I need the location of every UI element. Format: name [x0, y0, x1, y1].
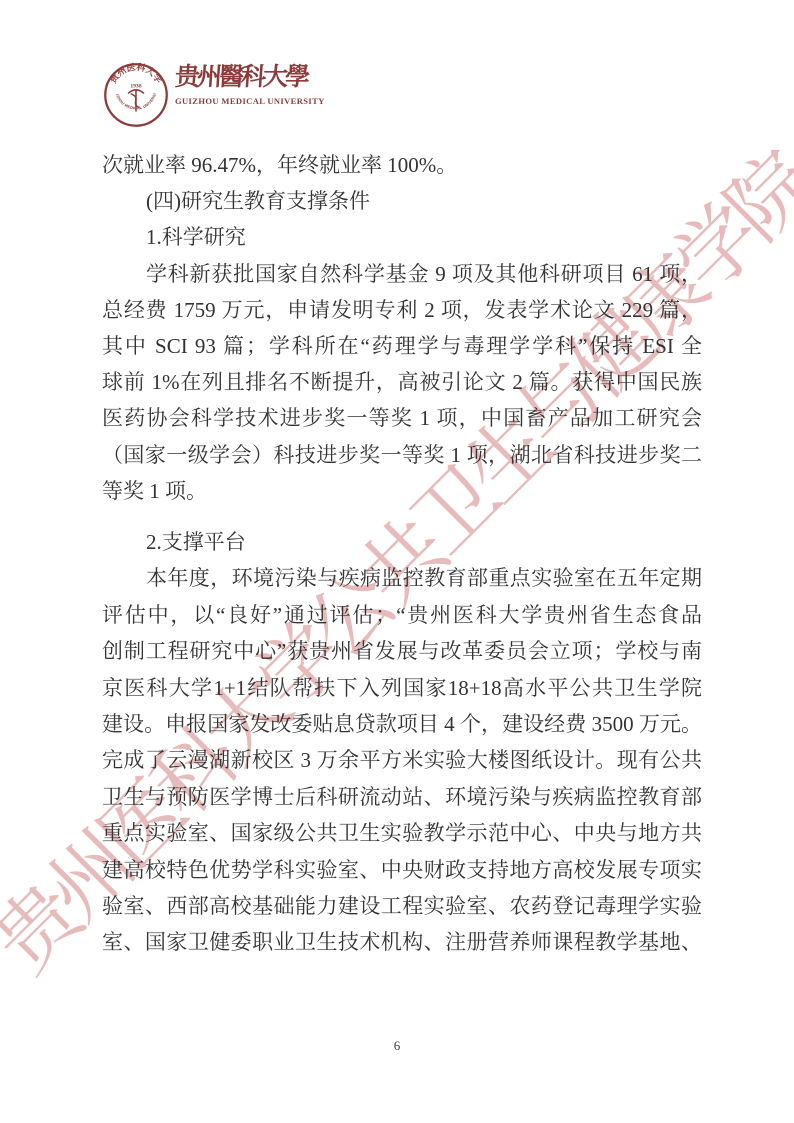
university-wordmark-block: 贵州醫科大學 GUIZHOU MEDICAL UNIVERSITY	[175, 62, 325, 106]
sub-heading: 1.科学研究	[102, 219, 702, 255]
text-line: 创制工程研究中心”获贵州省发展与改革委员会立项；学校与南	[102, 633, 702, 669]
text-line: 室、国家卫健委职业卫生技术机构、注册营养师课程教学基地、	[102, 924, 702, 960]
body-text-block-2: 2.支撑平台 本年度，环境污染与疾病监控教育部重点实验室在五年定期 评估中，以“…	[102, 524, 702, 961]
seal-ring-text: 贵州医科大学	[107, 62, 165, 85]
text-line: 完成了云漫湖新校区 3 万余平方米实验大楼图纸设计。现有公共	[102, 742, 702, 778]
document-page: 贵州医科大学公共卫生与健康学院 贵州医科大学 1938 GUIZHOU MEDI…	[0, 0, 794, 1123]
page-number: 6	[0, 1038, 794, 1054]
text-line: 建设。申报国家发改委贴息贷款项目 4 个，建设经费 3500 万元。	[102, 706, 702, 742]
sub-heading: 2.支撑平台	[102, 524, 702, 560]
svg-text:贵州医科大学: 贵州医科大学	[107, 62, 165, 85]
text-line: 总经费 1759 万元，申请发明专利 2 项，发表学术论文 229 篇，	[102, 292, 702, 328]
text-line: 本年度，环境污染与疾病监控教育部重点实验室在五年定期	[102, 560, 702, 596]
university-logo: 贵州医科大学 1938 GUIZHOU MEDICAL UNIVERSITY 贵…	[103, 62, 325, 128]
university-name-calligraphy: 贵州醫科大學	[174, 64, 326, 92]
text-line: 建高校特色优势学科实验室、中央财政支持地方高校发展专项实	[102, 852, 702, 888]
text-line: 次就业率 96.47%，年终就业率 100%。	[102, 147, 702, 183]
text-line: 等奖 1 项。	[102, 473, 702, 509]
text-line: 球前 1%在列且排名不断提升，高被引论文 2 篇。获得中国民族	[102, 364, 702, 400]
university-name-english: GUIZHOU MEDICAL UNIVERSITY	[175, 96, 325, 106]
body-text-block-1: 次就业率 96.47%，年终就业率 100%。 (四)研究生教育支撑条件 1.科…	[102, 147, 702, 509]
seal-year: 1938	[130, 83, 141, 89]
text-line: 评估中，以“良好”通过评估；“贵州医科大学贵州省生态食品	[102, 597, 702, 633]
university-seal-icon: 贵州医科大学 1938 GUIZHOU MEDICAL UNIVERSITY	[103, 62, 169, 128]
text-line: 卫生与预防医学博士后科研流动站、环境污染与疾病监控教育部	[102, 779, 702, 815]
text-line: 医药协会科学技术进步奖一等奖 1 项，中国畜产品加工研究会	[102, 400, 702, 436]
text-line: 其中 SCI 93 篇；学科所在“药理学与毒理学学科”保持 ESI 全	[102, 328, 702, 364]
text-line: （国家一级学会）科技进步奖一等奖 1 项，湖北省科技进步奖二	[102, 437, 702, 473]
text-line: 学科新获批国家自然科学基金 9 项及其他科研项目 61 项，	[102, 256, 702, 292]
text-line: 京医科大学1+1结队帮扶下入列国家18+18高水平公共卫生学院	[102, 670, 702, 706]
section-heading: (四)研究生教育支撑条件	[102, 183, 702, 219]
text-line: 重点实验室、国家级公共卫生实验教学示范中心、中央与地方共	[102, 815, 702, 851]
text-line: 验室、西部高校基础能力建设工程实验室、农药登记毒理学实验	[102, 888, 702, 924]
